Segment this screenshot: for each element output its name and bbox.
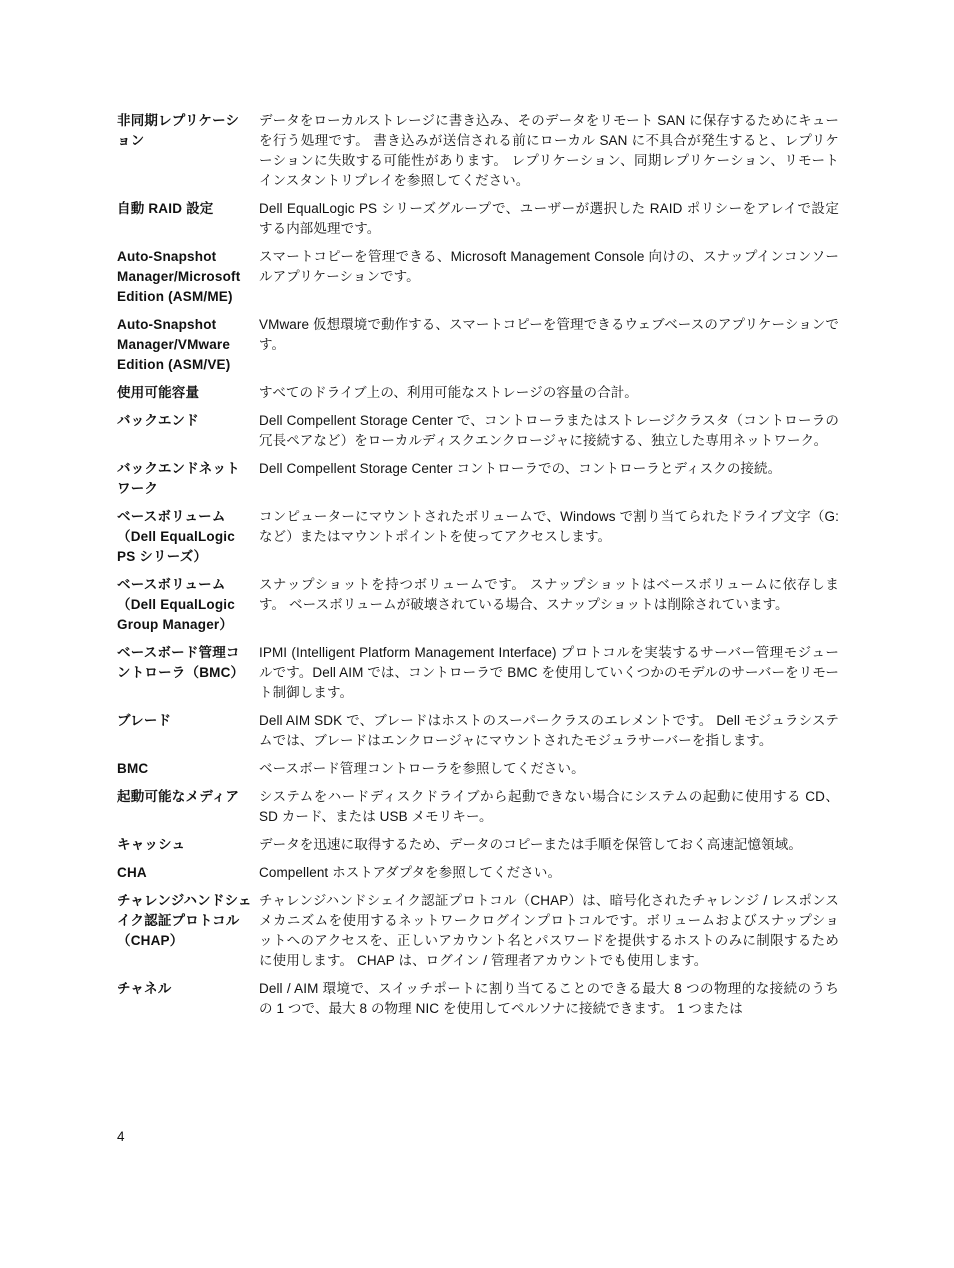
glossary-entry: ブレード Dell AIM SDK で、ブレードはホストのスーパークラスのエレメ… bbox=[117, 711, 839, 751]
glossary-definition: Dell AIM SDK で、ブレードはホストのスーパークラスのエレメントです。… bbox=[259, 711, 839, 751]
glossary-term: Auto-Snapshot Manager/VMware Edition (AS… bbox=[117, 315, 259, 375]
glossary-definition: Dell / AIM 環境で、スイッチポートに割り当てることのできる最大 8 つ… bbox=[259, 979, 839, 1019]
glossary-definition: Dell Compellent Storage Center で、コントローラま… bbox=[259, 411, 839, 451]
glossary-definition: システムをハードディスクドライブから起動できない場合にシステムの起動に使用する … bbox=[259, 787, 839, 827]
glossary-definition: スマートコピーを管理できる、Microsoft Management Conso… bbox=[259, 247, 839, 287]
glossary-entry: 起動可能なメディア システムをハードディスクドライブから起動できない場合にシステ… bbox=[117, 787, 839, 827]
glossary-term: 起動可能なメディア bbox=[117, 787, 259, 807]
glossary-entry: キャッシュ データを迅速に取得するため、データのコピーまたは手順を保管しておく高… bbox=[117, 835, 839, 855]
glossary-term: チャレンジハンドシェイク認証プロトコル（CHAP） bbox=[117, 891, 259, 951]
glossary-entry: 使用可能容量 すべてのドライブ上の、利用可能なストレージの容量の合計。 bbox=[117, 383, 839, 403]
glossary-entry: BMC ベースボード管理コントローラを参照してください。 bbox=[117, 759, 839, 779]
glossary-term: キャッシュ bbox=[117, 835, 259, 855]
glossary-list: 非同期レプリケーション データをローカルストレージに書き込み、そのデータをリモー… bbox=[117, 111, 839, 1027]
glossary-definition: ベースボード管理コントローラを参照してください。 bbox=[259, 759, 839, 779]
document-page: 非同期レプリケーション データをローカルストレージに書き込み、そのデータをリモー… bbox=[0, 0, 954, 1268]
glossary-definition: IPMI (Intelligent Platform Management In… bbox=[259, 643, 839, 703]
glossary-definition: Compellent ホストアダプタを参照してください。 bbox=[259, 863, 839, 883]
glossary-entry: Auto-Snapshot Manager/Microsoft Edition … bbox=[117, 247, 839, 307]
glossary-entry: ベースボリューム（Dell EqualLogic PS シリーズ） コンピュータ… bbox=[117, 507, 839, 567]
glossary-entry: ベースボード管理コントローラ（BMC） IPMI (Intelligent Pl… bbox=[117, 643, 839, 703]
glossary-entry: CHA Compellent ホストアダプタを参照してください。 bbox=[117, 863, 839, 883]
glossary-entry: Auto-Snapshot Manager/VMware Edition (AS… bbox=[117, 315, 839, 375]
glossary-entry: チャネル Dell / AIM 環境で、スイッチポートに割り当てることのできる最… bbox=[117, 979, 839, 1019]
glossary-entry: バックエンドネットワーク Dell Compellent Storage Cen… bbox=[117, 459, 839, 499]
glossary-term: ベースボリューム（Dell EqualLogic Group Manager） bbox=[117, 575, 259, 635]
glossary-term: チャネル bbox=[117, 979, 259, 999]
glossary-term: ブレード bbox=[117, 711, 259, 731]
glossary-term: Auto-Snapshot Manager/Microsoft Edition … bbox=[117, 247, 259, 307]
glossary-definition: Dell EqualLogic PS シリーズグループで、ユーザーが選択した R… bbox=[259, 199, 839, 239]
glossary-term: CHA bbox=[117, 863, 259, 883]
glossary-definition: スナップショットを持つボリュームです。 スナップショットはベースボリュームに依存… bbox=[259, 575, 839, 615]
glossary-definition: VMware 仮想環境で動作する、スマートコピーを管理できるウェブベースのアプリ… bbox=[259, 315, 839, 355]
glossary-term: 自動 RAID 設定 bbox=[117, 199, 259, 219]
glossary-definition: データをローカルストレージに書き込み、そのデータをリモート SAN に保存するた… bbox=[259, 111, 839, 191]
glossary-definition: Dell Compellent Storage Center コントローラでの、… bbox=[259, 459, 839, 479]
glossary-entry: ベースボリューム（Dell EqualLogic Group Manager） … bbox=[117, 575, 839, 635]
glossary-definition: チャレンジハンドシェイク認証プロトコル（CHAP）は、暗号化されたチャレンジ /… bbox=[259, 891, 839, 971]
glossary-entry: 非同期レプリケーション データをローカルストレージに書き込み、そのデータをリモー… bbox=[117, 111, 839, 191]
glossary-term: ベースボリューム（Dell EqualLogic PS シリーズ） bbox=[117, 507, 259, 567]
glossary-term: ベースボード管理コントローラ（BMC） bbox=[117, 643, 259, 683]
page-number: 4 bbox=[117, 1127, 125, 1147]
glossary-entry: バックエンド Dell Compellent Storage Center で、… bbox=[117, 411, 839, 451]
glossary-entry: 自動 RAID 設定 Dell EqualLogic PS シリーズグループで、… bbox=[117, 199, 839, 239]
glossary-term: 使用可能容量 bbox=[117, 383, 259, 403]
glossary-term: BMC bbox=[117, 759, 259, 779]
glossary-entry: チャレンジハンドシェイク認証プロトコル（CHAP） チャレンジハンドシェイク認証… bbox=[117, 891, 839, 971]
glossary-definition: コンピューターにマウントされたボリュームで、Windows で割り当てられたドラ… bbox=[259, 507, 839, 547]
glossary-definition: データを迅速に取得するため、データのコピーまたは手順を保管しておく高速記憶領域。 bbox=[259, 835, 839, 855]
glossary-definition: すべてのドライブ上の、利用可能なストレージの容量の合計。 bbox=[259, 383, 839, 403]
glossary-term: バックエンドネットワーク bbox=[117, 459, 259, 499]
glossary-term: バックエンド bbox=[117, 411, 259, 431]
glossary-term: 非同期レプリケーション bbox=[117, 111, 259, 151]
